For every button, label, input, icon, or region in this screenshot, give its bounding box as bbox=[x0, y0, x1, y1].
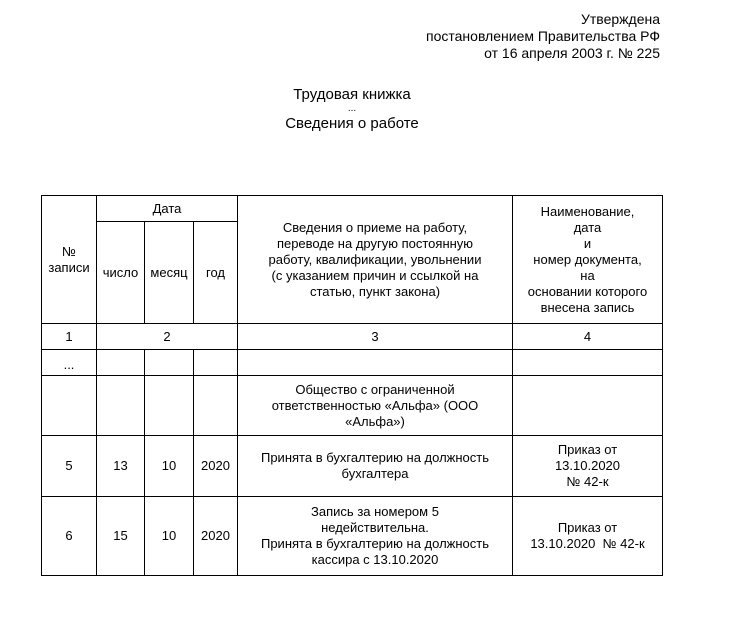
cell-no: 6 bbox=[42, 497, 97, 576]
cell-month: 10 bbox=[145, 497, 194, 576]
header-year: год bbox=[194, 222, 238, 324]
work-record-table: № записи Дата Сведения о приеме на работ… bbox=[41, 195, 663, 576]
cell-info: Запись за номером 5 недействительна. При… bbox=[238, 497, 513, 576]
document-titles: Трудовая книжка ... Сведения о работе bbox=[252, 86, 452, 133]
cell-day bbox=[97, 350, 145, 376]
section-title: Сведения о работе bbox=[252, 115, 452, 133]
header-day: число bbox=[97, 222, 145, 324]
cell-year: 2020 bbox=[194, 497, 238, 576]
column-number-4: 4 bbox=[513, 324, 663, 350]
approval-line-3: от 16 апреля 2003 г. № 225 bbox=[426, 45, 660, 62]
cell-info bbox=[238, 350, 513, 376]
header-month: месяц bbox=[145, 222, 194, 324]
approval-line-1: Утверждена bbox=[426, 11, 660, 28]
approval-stamp: Утверждена постановлением Правительства … bbox=[426, 11, 660, 62]
title-ellipsis: ... bbox=[252, 104, 452, 115]
cell-year: 2020 bbox=[194, 436, 238, 497]
header-date: Дата bbox=[97, 196, 238, 222]
cell-month bbox=[145, 376, 194, 436]
cell-document bbox=[513, 350, 663, 376]
column-number-3: 3 bbox=[238, 324, 513, 350]
column-number-2: 2 bbox=[97, 324, 238, 350]
cell-no: 5 bbox=[42, 436, 97, 497]
table-row: 6 15 10 2020 Запись за номером 5 недейст… bbox=[42, 497, 663, 576]
column-number-1: 1 bbox=[42, 324, 97, 350]
cell-no bbox=[42, 376, 97, 436]
cell-info: Общество с ограниченной ответственностью… bbox=[238, 376, 513, 436]
cell-document bbox=[513, 376, 663, 436]
header-info: Сведения о приеме на работу, переводе на… bbox=[238, 196, 513, 324]
cell-document: Приказ от 13.10.2020 № 42-к bbox=[513, 497, 663, 576]
cell-no: ... bbox=[42, 350, 97, 376]
cell-day: 13 bbox=[97, 436, 145, 497]
approval-line-2: постановлением Правительства РФ bbox=[426, 28, 660, 45]
table-row: Общество с ограниченной ответственностью… bbox=[42, 376, 663, 436]
cell-month: 10 bbox=[145, 436, 194, 497]
cell-year bbox=[194, 350, 238, 376]
document-title: Трудовая книжка bbox=[252, 86, 452, 104]
column-number-row: 1 2 3 4 bbox=[42, 324, 663, 350]
table-row: ... bbox=[42, 350, 663, 376]
table-row: 5 13 10 2020 Принята в бухгалтерию на до… bbox=[42, 436, 663, 497]
cell-info: Принята в бухгалтерию на должность бухга… bbox=[238, 436, 513, 497]
cell-month bbox=[145, 350, 194, 376]
cell-year bbox=[194, 376, 238, 436]
header-document: Наименование, дата и номер документа, на… bbox=[513, 196, 663, 324]
header-record-no: № записи bbox=[42, 196, 97, 324]
cell-day bbox=[97, 376, 145, 436]
cell-document: Приказ от 13.10.2020 № 42-к bbox=[513, 436, 663, 497]
cell-day: 15 bbox=[97, 497, 145, 576]
